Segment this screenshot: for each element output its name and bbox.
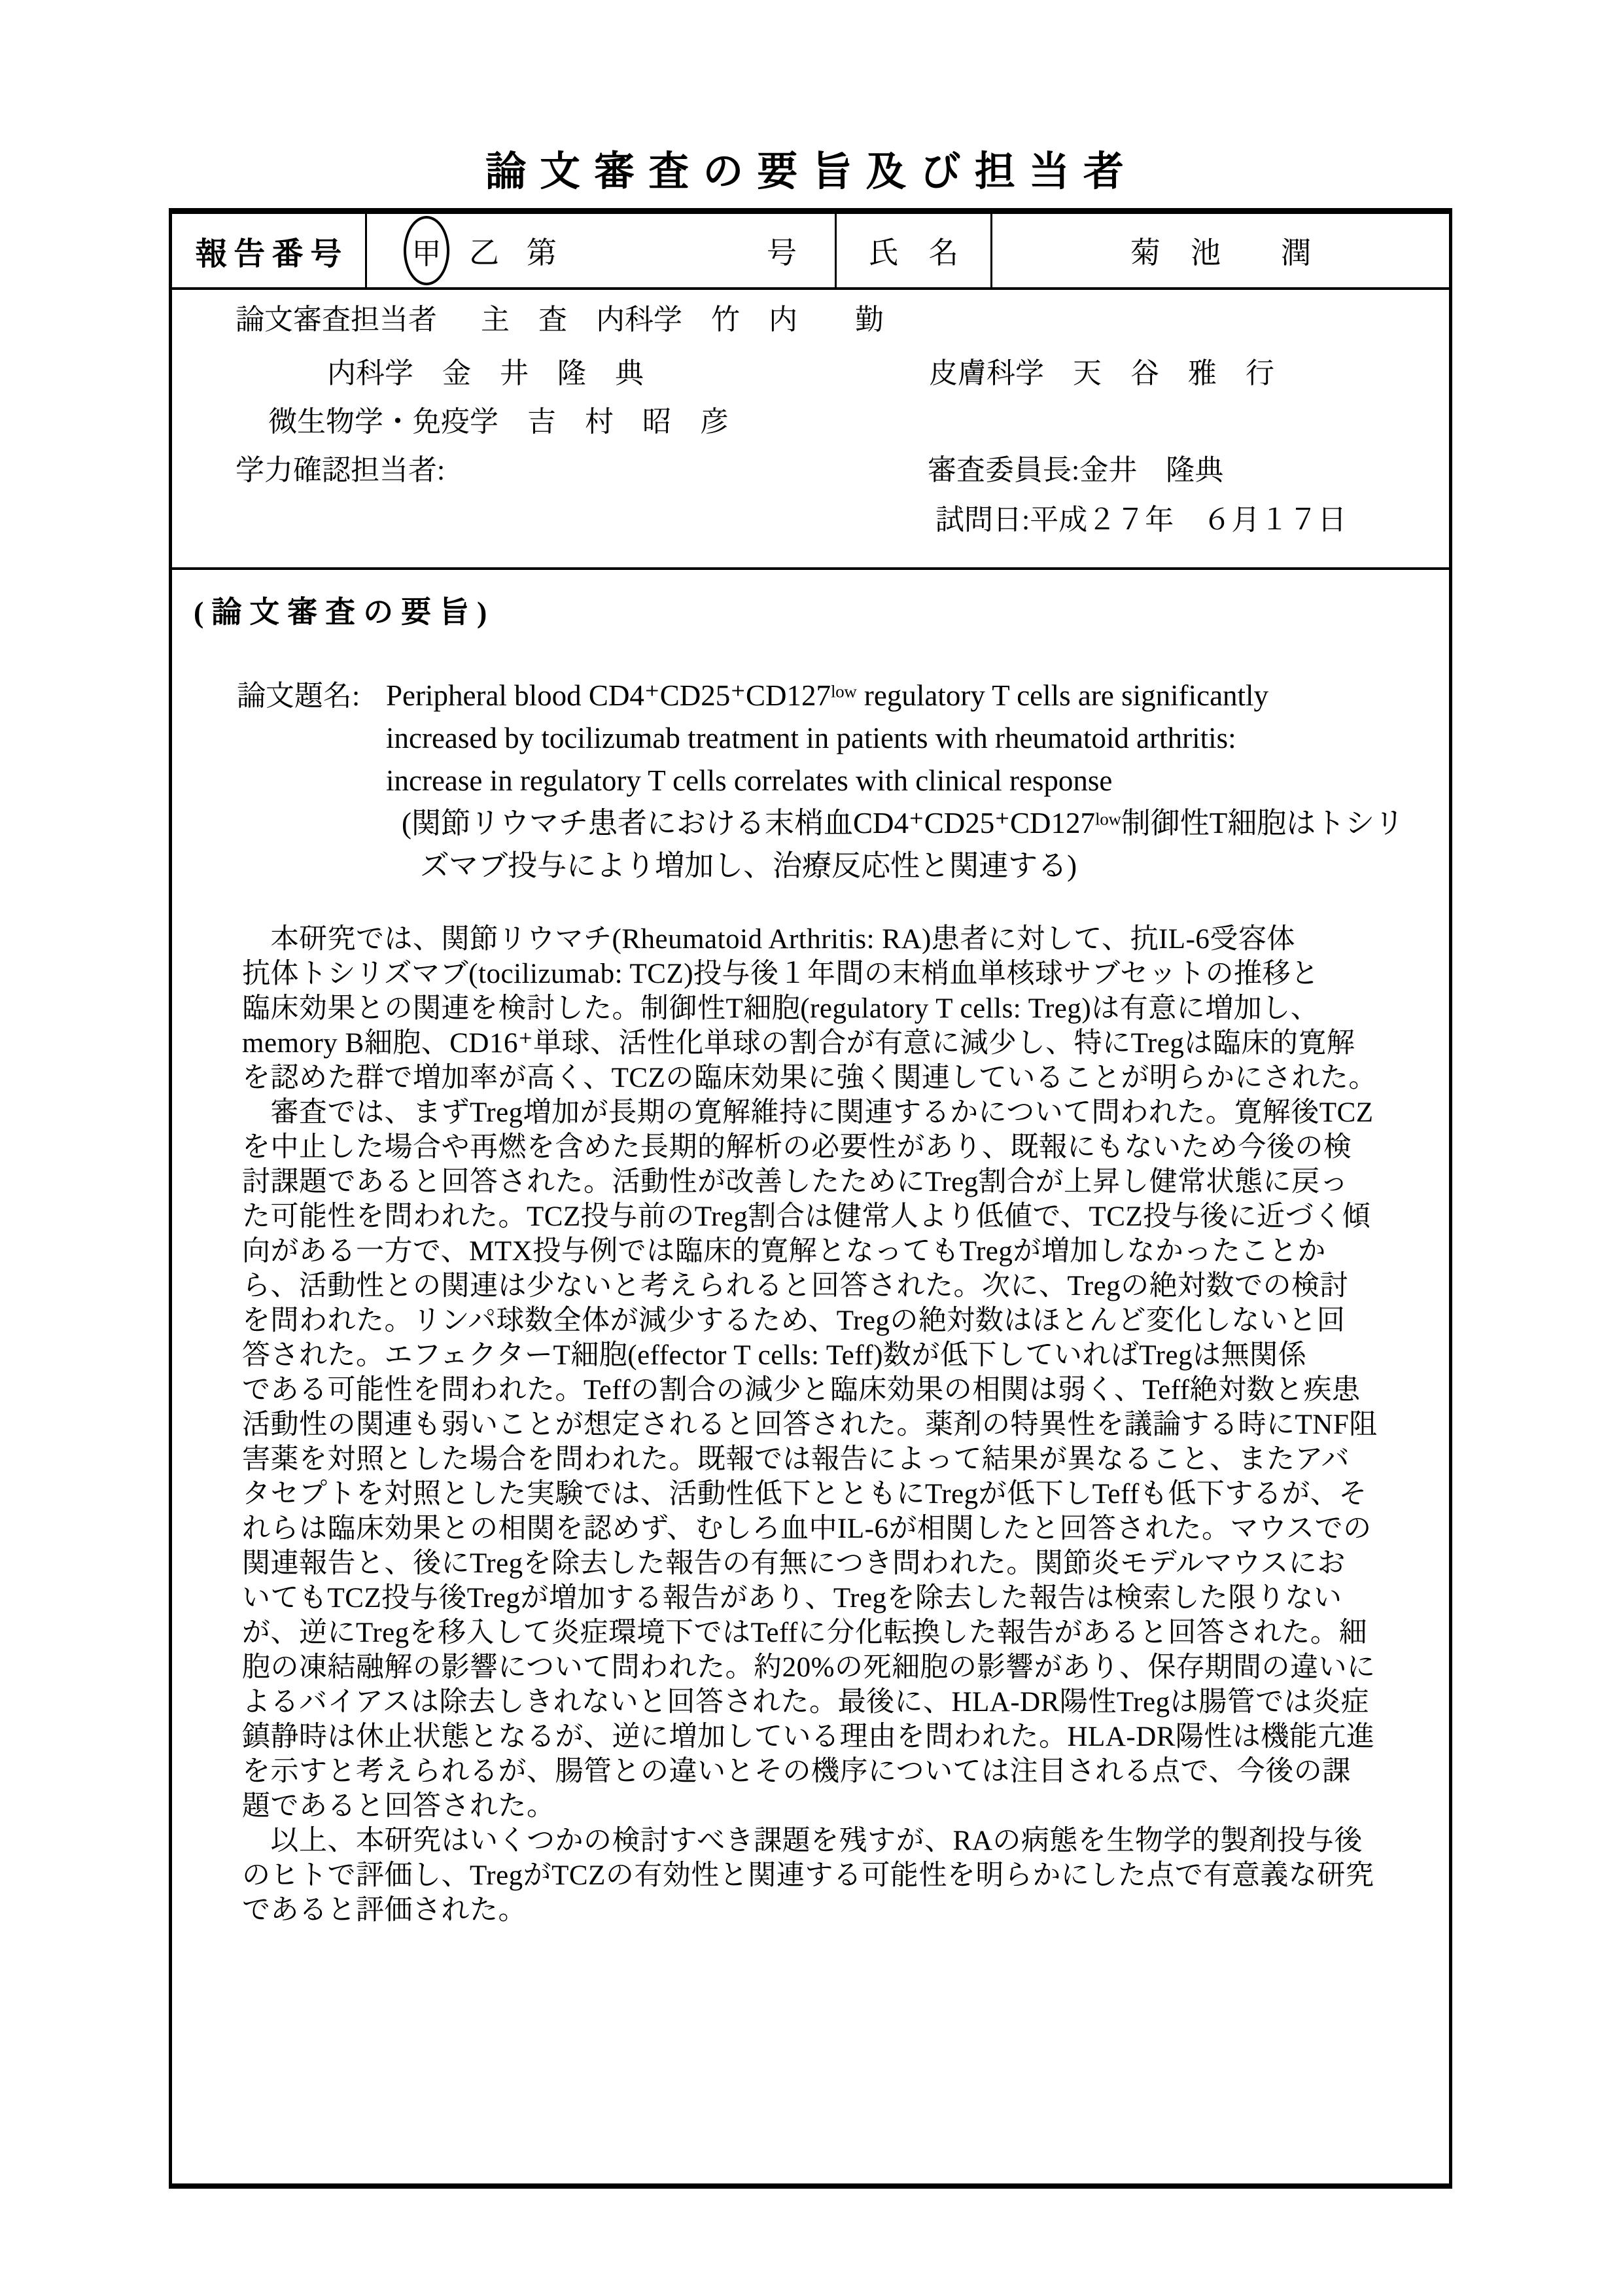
thesis-title-english: Peripheral blood CD4⁺CD25⁺CD127ˡᵒʷ regul… — [386, 675, 1404, 802]
review-body-line: 題であると回答された。 — [242, 1789, 1406, 1824]
exam-date: 試問日:平成２７年 ６月１７日 — [935, 504, 1346, 536]
review-body-line: 本研究では、関節リウマチ(Rheumatoid Arthritis: RA)患者… — [242, 922, 1406, 957]
name-value: 菊 池 潤 — [992, 214, 1449, 287]
review-body-line: ら、活動性との関連は少ないと考えられると回答された。次に、Tregの絶対数での検… — [242, 1269, 1406, 1303]
review-body-line: いてもTCZ投与後Tregが増加する報告があり、Tregを除去した報告は検索した… — [242, 1581, 1406, 1616]
review-body-line: であると評価された。 — [242, 1893, 1406, 1928]
exam-date-line: 試問日:平成２７年 ６月１７日 — [935, 503, 1346, 537]
committee-section: 論文審査担当者 主 査 内科学 竹 内 勤 内科学 金 井 隆 典 皮膚科学 天… — [172, 290, 1449, 570]
report-number-cell: 甲 乙 第 号 — [367, 214, 837, 287]
thesis-review-document: 論文審査の要旨及び担当者 報告番号 甲 乙 第 号 氏 名 菊 池 潤 論文審査… — [0, 0, 1623, 2296]
review-body-line: タセプトを対照とした実験では、活動性低下とともにTregが低下しTeffも低下す… — [242, 1477, 1406, 1511]
member-microbiology: 微生物学・免疫学 吉 村 昭 彦 — [268, 406, 729, 438]
page-title: 論文審査の要旨及び担当者 — [0, 139, 1623, 197]
report-number-label: 報告番号 — [172, 214, 367, 287]
committee-chair: 審査委員長:金井 隆典 — [928, 453, 1223, 487]
chief-examiner: 主 査 内科学 竹 内 勤 — [481, 303, 884, 337]
review-body-line: た可能性を問われた。TCZ投与前のTreg割合は健常人より低値で、TCZ投与後に… — [242, 1199, 1406, 1234]
name-label: 氏 名 — [837, 214, 992, 287]
gou-suffix: 号 — [767, 229, 797, 272]
summary-heading: (論文審査の要旨) — [194, 588, 495, 631]
review-body-line: である可能性を問われた。Teffの割合の減少と臨床効果の相関は弱く、Teff絶対… — [242, 1373, 1406, 1407]
kou-circled-mark: 甲 — [404, 216, 449, 285]
academic-check-label: 学力確認担当者: — [236, 454, 445, 486]
thesis-title-block: 論文題名: Peripheral blood CD4⁺CD25⁺CD127ˡᵒʷ… — [237, 675, 1404, 887]
review-body-line: よるバイアスは除去しきれないと回答された。最後に、HLA-DR陽性Tregは腸管… — [242, 1685, 1406, 1720]
review-body-line: れらは臨床効果との相関を認めず、むしろ血中IL-6が相関したと回答された。マウス… — [242, 1511, 1406, 1546]
thesis-title-label: 論文題名: — [237, 675, 386, 717]
review-body-line: 向がある一方で、MTX投与例では臨床的寛解となってもTregが増加しなかったこと… — [242, 1234, 1406, 1269]
thesis-title-en-line: Peripheral blood CD4⁺CD25⁺CD127ˡᵒʷ regul… — [386, 675, 1404, 717]
review-body-line: 討課題であると回答された。活動性が改善したためにTreg割合が上昇し健常状態に戻… — [242, 1165, 1406, 1199]
review-body-line: を認めた群で増加率が高く、TCZの臨床効果に強く関連していることが明らかにされた… — [242, 1061, 1406, 1095]
otsu-mark: 乙 — [469, 229, 499, 272]
reviewers-line: 論文審査担当者 主 査 内科学 竹 内 勤 — [236, 303, 437, 337]
dai-prefix: 第 — [527, 229, 557, 272]
review-body-line: が、逆にTregを移入して炎症環境下ではTeffに分化転換した報告があると回答さ… — [242, 1616, 1406, 1650]
member-internal-medicine: 内科学 金 井 隆 典 — [327, 357, 644, 389]
thesis-title-en-line: increase in regulatory T cells correlate… — [386, 760, 1404, 802]
review-body-line: 臨床効果との関連を検討した。制御性T細胞(regulatory T cells:… — [242, 991, 1406, 1026]
review-body-line: 以上、本研究はいくつかの検討すべき課題を残すが、RAの病態を生物学的製剤投与後 — [242, 1824, 1406, 1858]
thesis-title-japanese: (関節リウマチ患者における末梢血CD4⁺CD25⁺CD127ˡᵒʷ制御性T細胞は… — [386, 802, 1404, 887]
review-body-line: のヒトで評価し、TregがTCZの有効性と関連する可能性を明らかにした点で有意義… — [242, 1858, 1406, 1893]
review-body-line: 答された。エフェクターT細胞(effector T cells: Teff)数が… — [242, 1338, 1406, 1373]
members-line-2: 微生物学・免疫学 吉 村 昭 彦 — [268, 405, 729, 439]
review-body-line: 抗体トシリズマブ(tocilizumab: TCZ)投与後１年間の末梢血単核球サ… — [242, 957, 1406, 991]
review-body-line: memory B細胞、CD16⁺単球、活性化単球の割合が有意に減少し、特にTre… — [242, 1026, 1406, 1061]
report-header-row: 報告番号 甲 乙 第 号 氏 名 菊 池 潤 — [172, 214, 1449, 290]
review-body-line: 害薬を対照とした場合を問われた。既報では報告によって結果が異なること、またアバ — [242, 1442, 1406, 1477]
review-body-line: 活動性の関連も弱いことが想定されると回答された。薬剤の特異性を議論する時にTNF… — [242, 1407, 1406, 1442]
review-body-line: 関連報告と、後にTregを除去した報告の有無につき問われた。関節炎モデルマウスに… — [242, 1546, 1406, 1581]
thesis-title-ja-line: (関節リウマチ患者における末梢血CD4⁺CD25⁺CD127ˡᵒʷ制御性T細胞は… — [402, 802, 1404, 845]
document-frame: 報告番号 甲 乙 第 号 氏 名 菊 池 潤 論文審査担当者 主 査 内科学 竹… — [169, 208, 1452, 2189]
academic-check-line: 学力確認担当者: 審査委員長:金井 隆典 — [236, 453, 445, 487]
thesis-title-en-line: increased by tocilizumab treatment in pa… — [386, 717, 1404, 760]
thesis-title-lines: Peripheral blood CD4⁺CD25⁺CD127ˡᵒʷ regul… — [386, 675, 1404, 887]
review-body-line: を示すと考えられるが、腸管との違いとその機序については注目される点で、今後の課 — [242, 1754, 1406, 1789]
thesis-title-ja-line: ズマブ投与により増加し、治療反応性と関連する) — [420, 845, 1404, 887]
review-body-line: を問われた。リンパ球数全体が減少するため、Tregの絶対数はほとんど変化しないと… — [242, 1303, 1406, 1338]
review-summary-section: (論文審査の要旨) 論文題名: Peripheral blood CD4⁺CD2… — [172, 570, 1449, 2183]
review-body-line: 鎮静時は休止状態となるが、逆に増加している理由を問われた。HLA-DR陽性は機能… — [242, 1720, 1406, 1754]
review-body-line: 審査では、まずTreg増加が長期の寛解維持に関連するかについて問われた。寛解後T… — [242, 1095, 1406, 1130]
members-line-1: 内科学 金 井 隆 典 皮膚科学 天 谷 雅 行 — [327, 357, 644, 391]
reviewers-label: 論文審査担当者 — [236, 304, 437, 336]
review-body-text: 本研究では、関節リウマチ(Rheumatoid Arthritis: RA)患者… — [242, 922, 1406, 1928]
review-body-line: を中止した場合や再燃を含めた長期的解析の必要性があり、既報にもないため今後の検 — [242, 1130, 1406, 1165]
review-body-line: 胞の凍結融解の影響について問われた。約20%の死細胞の影響があり、保存期間の違い… — [242, 1650, 1406, 1685]
member-dermatology: 皮膚科学 天 谷 雅 行 — [929, 357, 1274, 391]
